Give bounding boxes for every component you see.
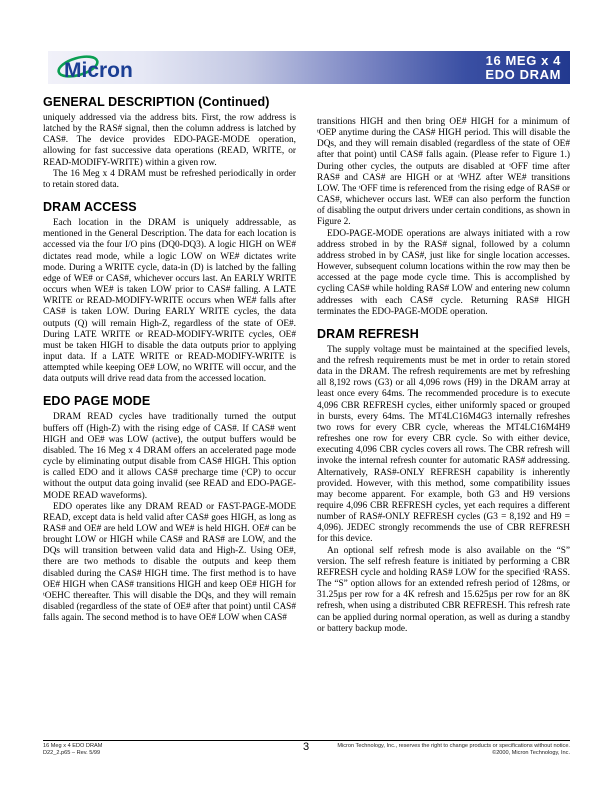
footer-legal: Micron Technology, Inc., reserves the ri… [337, 743, 570, 756]
product-title: 16 MEG x 4 EDO DRAM [485, 54, 570, 82]
heading-dram-refresh: DRAM REFRESH [317, 328, 570, 341]
micron-logo: Micron [48, 53, 161, 83]
paragraph-dram-refresh-1: The supply voltage must be maintained at… [317, 345, 570, 546]
heading-dram-access: DRAM ACCESS [43, 201, 296, 214]
paragraph-edo-page-mode-3: EDO-PAGE-MODE operations are always init… [317, 229, 570, 318]
paragraph-dram-access: Each location in the DRAM is uniquely ad… [43, 218, 296, 385]
product-line1: 16 MEG x 4 [485, 54, 561, 68]
product-line2: EDO DRAM [485, 68, 561, 82]
heading-general-description: GENERAL DESCRIPTION (Continued) [43, 96, 296, 109]
heading-edo-page-mode: EDO PAGE MODE [43, 395, 296, 408]
footer-copyright: ©2000, Micron Technology, Inc. [337, 750, 570, 757]
paragraph-edo-page-mode-continued: transitions HIGH and then bring OE# HIGH… [317, 117, 570, 229]
datasheet-page: Micron 16 MEG x 4 EDO DRAM GENERAL DESCR… [0, 0, 612, 792]
footer-legal-notice: Micron Technology, Inc., reserves the ri… [337, 743, 570, 750]
paragraph-edo-page-mode-2: EDO operates like any DRAM READ or FAST-… [43, 502, 296, 625]
paragraph-general-description-1: uniquely addressed via the address bits.… [43, 113, 296, 169]
paragraph-edo-page-mode-1: DRAM READ cycles have traditionally turn… [43, 412, 296, 501]
logo-text: Micron [64, 59, 133, 82]
micron-logo-graphic: Micron [57, 53, 161, 83]
paragraph-general-description-2: The 16 Meg x 4 DRAM must be refreshed pe… [43, 169, 296, 191]
right-column: transitions HIGH and then bring OE# HIGH… [317, 96, 570, 635]
header-bar: Micron 16 MEG x 4 EDO DRAM [48, 51, 570, 84]
paragraph-dram-refresh-2: An optional self refresh mode is also av… [317, 546, 570, 635]
left-column: GENERAL DESCRIPTION (Continued) uniquely… [43, 96, 296, 624]
